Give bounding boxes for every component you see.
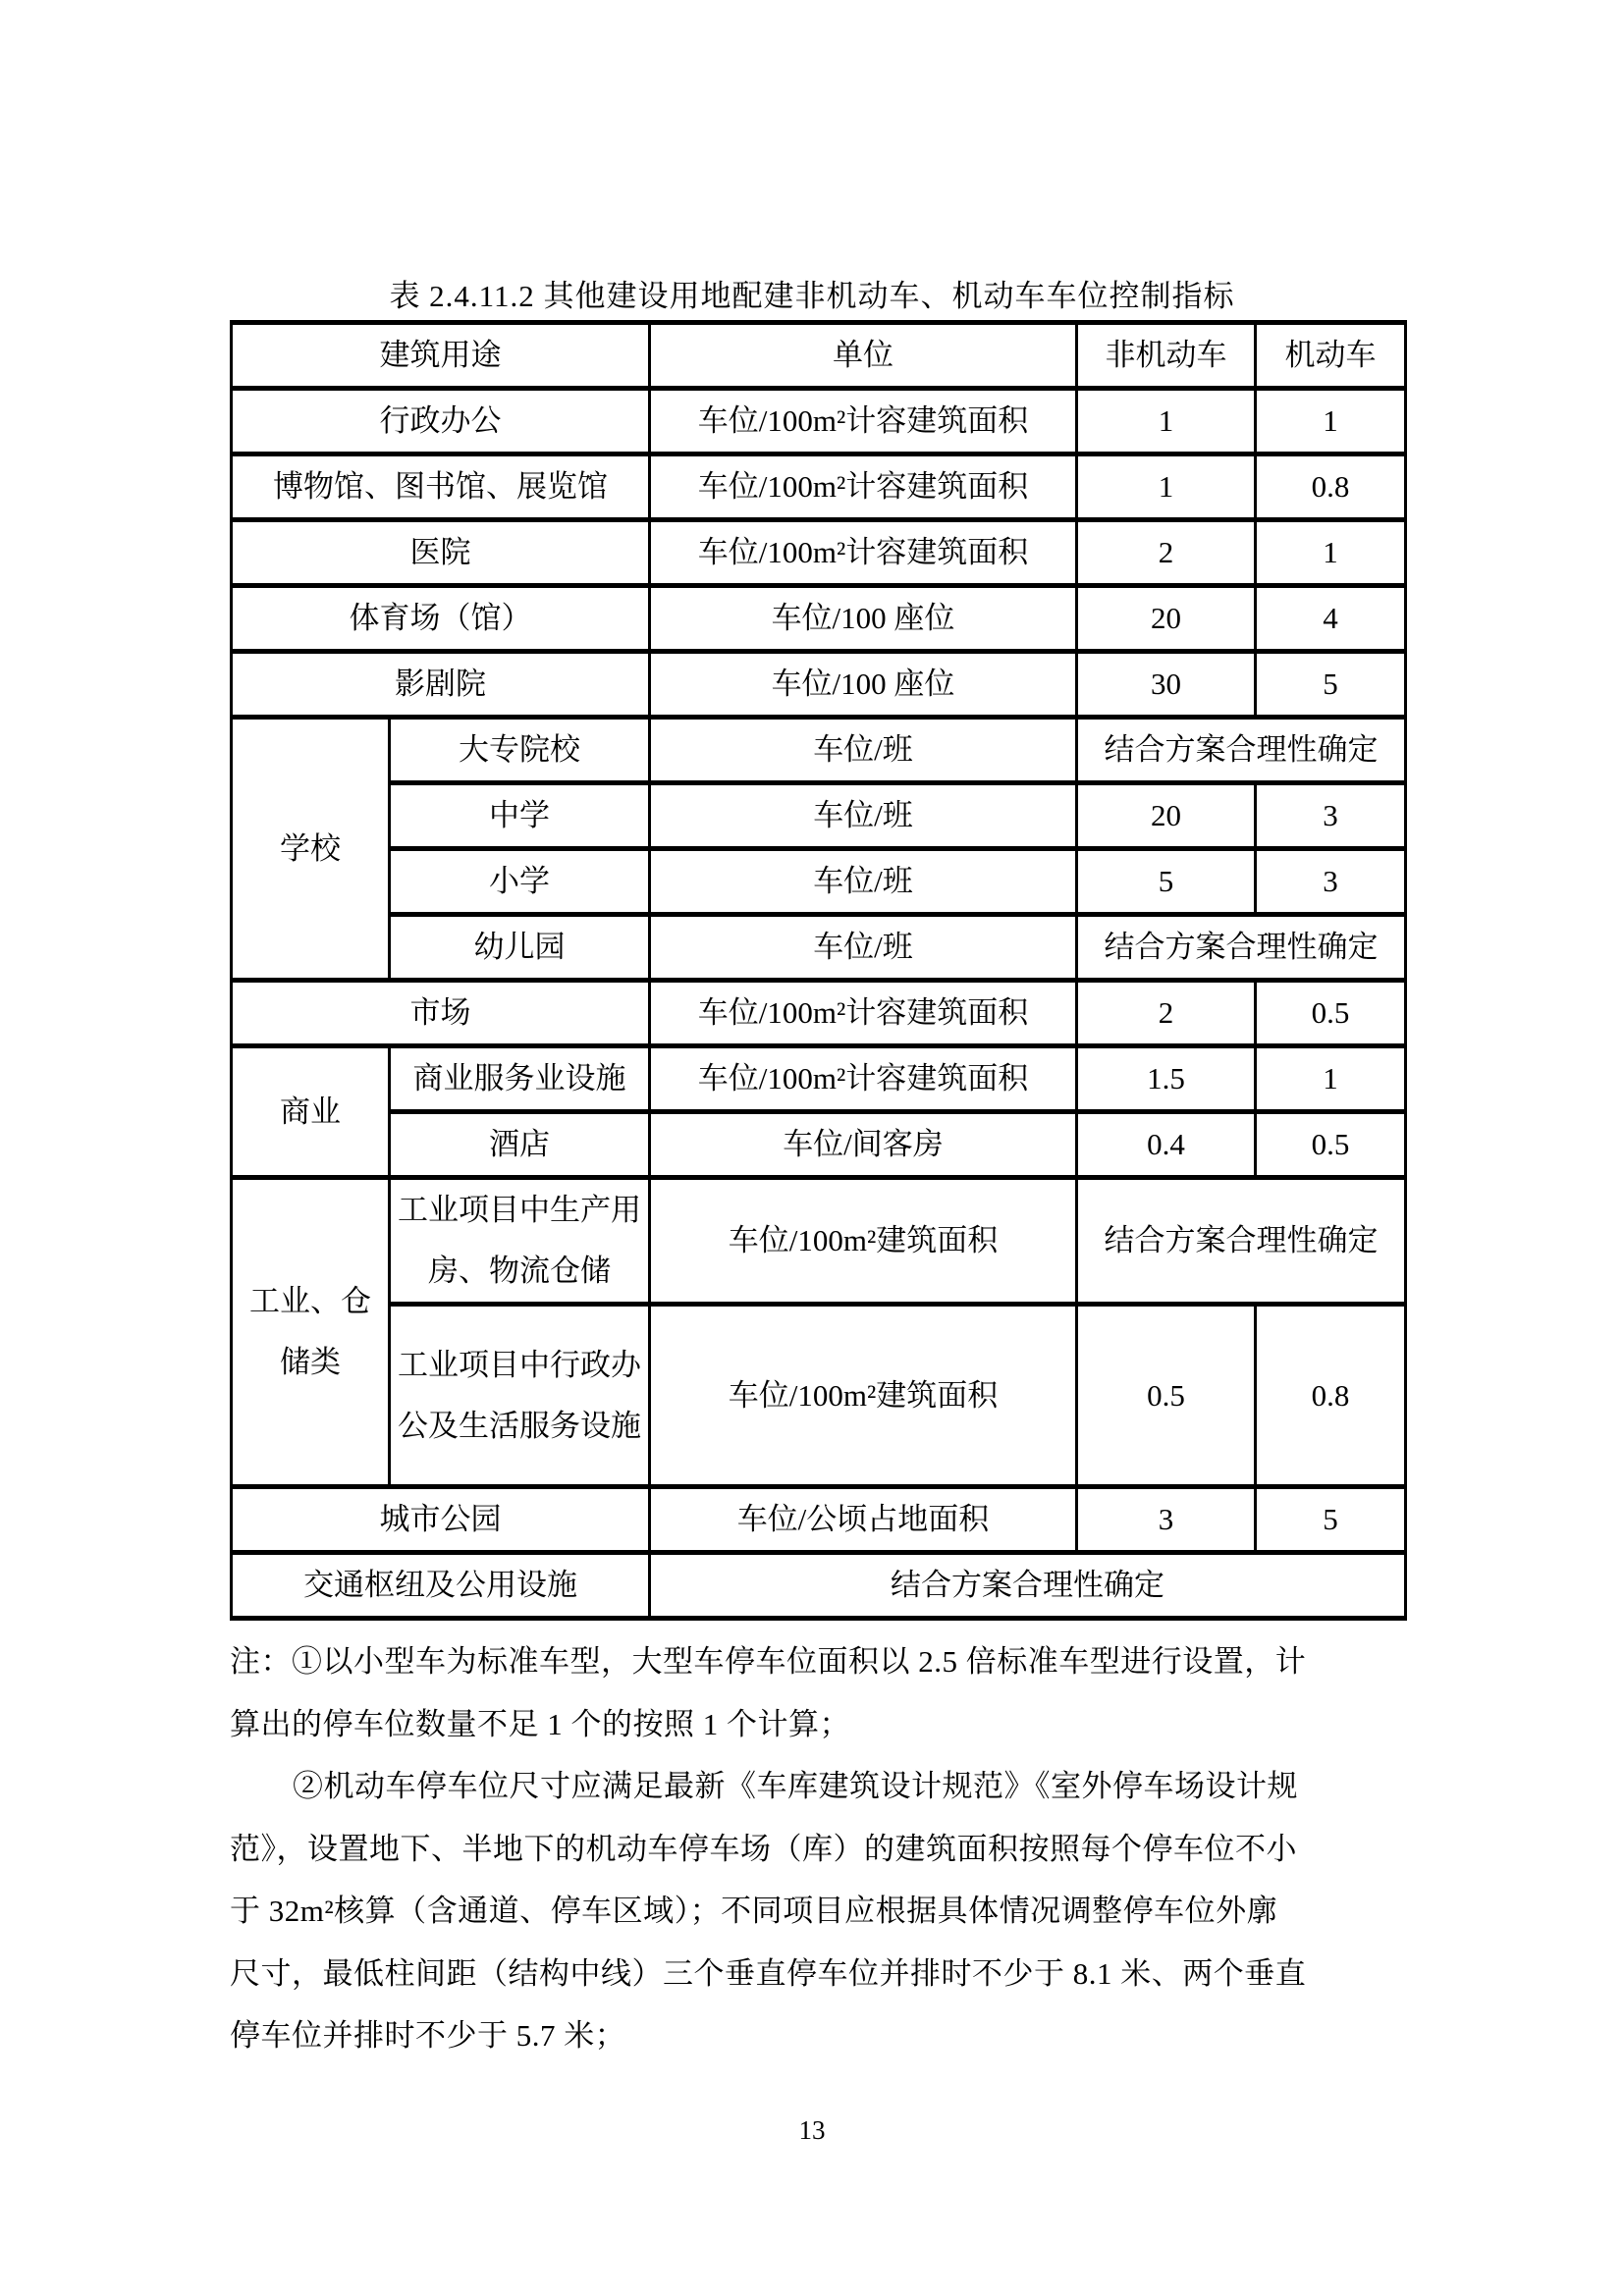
cell-commercial-service-use: 商业服务业设施 [390, 1046, 650, 1112]
cell-museum-unit: 车位/100m²计容建筑面积 [650, 454, 1077, 520]
note-line-7: 停车位并排时不少于 5.7 米； [230, 2004, 1408, 2067]
page-number: 13 [0, 2114, 1624, 2146]
cell-market-motor: 0.5 [1256, 981, 1406, 1046]
cell-industrial-admin-use: 工业项目中行政办公及生活服务设施 [390, 1305, 650, 1487]
cell-commercial-service-motor: 1 [1256, 1046, 1406, 1112]
cell-museum-use: 博物馆、图书馆、展览馆 [232, 454, 650, 520]
cell-city-park-non-motor: 3 [1077, 1487, 1256, 1553]
cell-museum-motor: 0.8 [1256, 454, 1406, 520]
cell-hotel-non-motor: 0.4 [1077, 1112, 1256, 1178]
cell-middle-school-use: 中学 [390, 783, 650, 849]
table-row: 商业 商业服务业设施 车位/100m²计容建筑面积 1.5 1 [232, 1046, 1406, 1112]
cell-school-group: 学校 [232, 718, 390, 981]
cell-hospital-unit: 车位/100m²计容建筑面积 [650, 520, 1077, 586]
cell-middle-school-non-motor: 20 [1077, 783, 1256, 849]
cell-admin-office-unit: 车位/100m²计容建筑面积 [650, 389, 1077, 454]
cell-industrial-admin-unit: 车位/100m²建筑面积 [650, 1305, 1077, 1487]
table-row: 小学 车位/班 5 3 [232, 849, 1406, 915]
cell-commercial-service-non-motor: 1.5 [1077, 1046, 1256, 1112]
table-row: 行政办公 车位/100m²计容建筑面积 1 1 [232, 389, 1406, 454]
note-line-3: ②机动车停车位尺寸应满足最新《车库建筑设计规范》《室外停车场设计规 [230, 1755, 1408, 1818]
note-line-2: 算出的停车位数量不足 1 个的按照 1 个计算； [230, 1693, 1408, 1756]
cell-stadium-non-motor: 20 [1077, 586, 1256, 652]
table-header-row: 建筑用途 单位 非机动车 机动车 [232, 323, 1406, 389]
header-motor: 机动车 [1256, 323, 1406, 389]
table-title: 表 2.4.11.2 其他建设用地配建非机动车、机动车车位控制指标 [0, 278, 1624, 315]
header-unit: 单位 [650, 323, 1077, 389]
cell-stadium-motor: 4 [1256, 586, 1406, 652]
cell-cinema-motor: 5 [1256, 652, 1406, 718]
cell-admin-office-use: 行政办公 [232, 389, 650, 454]
cell-commercial-service-unit: 车位/100m²计容建筑面积 [650, 1046, 1077, 1112]
cell-hospital-use: 医院 [232, 520, 650, 586]
cell-industrial-production-combined: 结合方案合理性确定 [1077, 1178, 1406, 1305]
cell-stadium-use: 体育场（馆） [232, 586, 650, 652]
cell-city-park-motor: 5 [1256, 1487, 1406, 1553]
cell-hotel-use: 酒店 [390, 1112, 650, 1178]
cell-commerce-group: 商业 [232, 1046, 390, 1178]
cell-primary-school-motor: 3 [1256, 849, 1406, 915]
table-row: 幼儿园 车位/班 结合方案合理性确定 [232, 915, 1406, 981]
cell-market-use: 市场 [232, 981, 650, 1046]
table-row: 体育场（馆） 车位/100 座位 20 4 [232, 586, 1406, 652]
table-row: 酒店 车位/间客房 0.4 0.5 [232, 1112, 1406, 1178]
cell-middle-school-unit: 车位/班 [650, 783, 1077, 849]
table-row: 医院 车位/100m²计容建筑面积 2 1 [232, 520, 1406, 586]
cell-industrial-admin-motor: 0.8 [1256, 1305, 1406, 1487]
cell-stadium-unit: 车位/100 座位 [650, 586, 1077, 652]
table-row: 学校 大专院校 车位/班 结合方案合理性确定 [232, 718, 1406, 783]
note-line-4: 范》，设置地下、半地下的机动车停车场（库）的建筑面积按照每个停车位不小 [230, 1818, 1408, 1881]
table-row: 城市公园 车位/公顷占地面积 3 5 [232, 1487, 1406, 1553]
cell-admin-office-motor: 1 [1256, 389, 1406, 454]
cell-cinema-use: 影剧院 [232, 652, 650, 718]
note-line-5: 于 32m²核算（含通道、停车区域）；不同项目应根据具体情况调整停车位外廓 [230, 1880, 1408, 1943]
cell-cinema-non-motor: 30 [1077, 652, 1256, 718]
cell-city-park-use: 城市公园 [232, 1487, 650, 1553]
table-row: 影剧院 车位/100 座位 30 5 [232, 652, 1406, 718]
cell-kindergarten-combined: 结合方案合理性确定 [1077, 915, 1406, 981]
cell-industry-group: 工业、仓储类 [232, 1178, 390, 1487]
cell-hotel-unit: 车位/间客房 [650, 1112, 1077, 1178]
table-row: 中学 车位/班 20 3 [232, 783, 1406, 849]
cell-college-combined: 结合方案合理性确定 [1077, 718, 1406, 783]
cell-market-unit: 车位/100m²计容建筑面积 [650, 981, 1077, 1046]
cell-industrial-production-use: 工业项目中生产用房、物流仓储 [390, 1178, 650, 1305]
header-building-use: 建筑用途 [232, 323, 650, 389]
cell-primary-school-use: 小学 [390, 849, 650, 915]
cell-hospital-motor: 1 [1256, 520, 1406, 586]
cell-college-unit: 车位/班 [650, 718, 1077, 783]
table-row: 工业项目中行政办公及生活服务设施 车位/100m²建筑面积 0.5 0.8 [232, 1305, 1406, 1487]
cell-college-use: 大专院校 [390, 718, 650, 783]
cell-industrial-admin-non-motor: 0.5 [1077, 1305, 1256, 1487]
table-row: 博物馆、图书馆、展览馆 车位/100m²计容建筑面积 1 0.8 [232, 454, 1406, 520]
cell-primary-school-non-motor: 5 [1077, 849, 1256, 915]
cell-admin-office-non-motor: 1 [1077, 389, 1256, 454]
cell-city-park-unit: 车位/公顷占地面积 [650, 1487, 1077, 1553]
cell-transport-hub-combined: 结合方案合理性确定 [650, 1553, 1406, 1619]
header-non-motor: 非机动车 [1077, 323, 1256, 389]
cell-transport-hub-use: 交通枢纽及公用设施 [232, 1553, 650, 1619]
note-line-1: 注：①以小型车为标准车型，大型车停车位面积以 2.5 倍标准车型进行设置，计 [230, 1630, 1408, 1693]
cell-market-non-motor: 2 [1077, 981, 1256, 1046]
cell-museum-non-motor: 1 [1077, 454, 1256, 520]
cell-kindergarten-unit: 车位/班 [650, 915, 1077, 981]
cell-kindergarten-use: 幼儿园 [390, 915, 650, 981]
cell-industrial-production-unit: 车位/100m²建筑面积 [650, 1178, 1077, 1305]
table-row: 市场 车位/100m²计容建筑面积 2 0.5 [232, 981, 1406, 1046]
cell-cinema-unit: 车位/100 座位 [650, 652, 1077, 718]
note-line-6: 尺寸，最低柱间距（结构中线）三个垂直停车位并排时不少于 8.1 米、两个垂直 [230, 1943, 1408, 2005]
cell-primary-school-unit: 车位/班 [650, 849, 1077, 915]
parking-indicator-table: 建筑用途 单位 非机动车 机动车 行政办公 车位/100m²计容建筑面积 1 1… [230, 320, 1407, 1621]
document-page: 表 2.4.11.2 其他建设用地配建非机动车、机动车车位控制指标 建筑用途 单… [0, 0, 1624, 2296]
cell-hospital-non-motor: 2 [1077, 520, 1256, 586]
footnotes: 注：①以小型车为标准车型，大型车停车位面积以 2.5 倍标准车型进行设置，计 算… [230, 1630, 1408, 2067]
cell-hotel-motor: 0.5 [1256, 1112, 1406, 1178]
table-row: 工业、仓储类 工业项目中生产用房、物流仓储 车位/100m²建筑面积 结合方案合… [232, 1178, 1406, 1305]
cell-middle-school-motor: 3 [1256, 783, 1406, 849]
table-row: 交通枢纽及公用设施 结合方案合理性确定 [232, 1553, 1406, 1619]
